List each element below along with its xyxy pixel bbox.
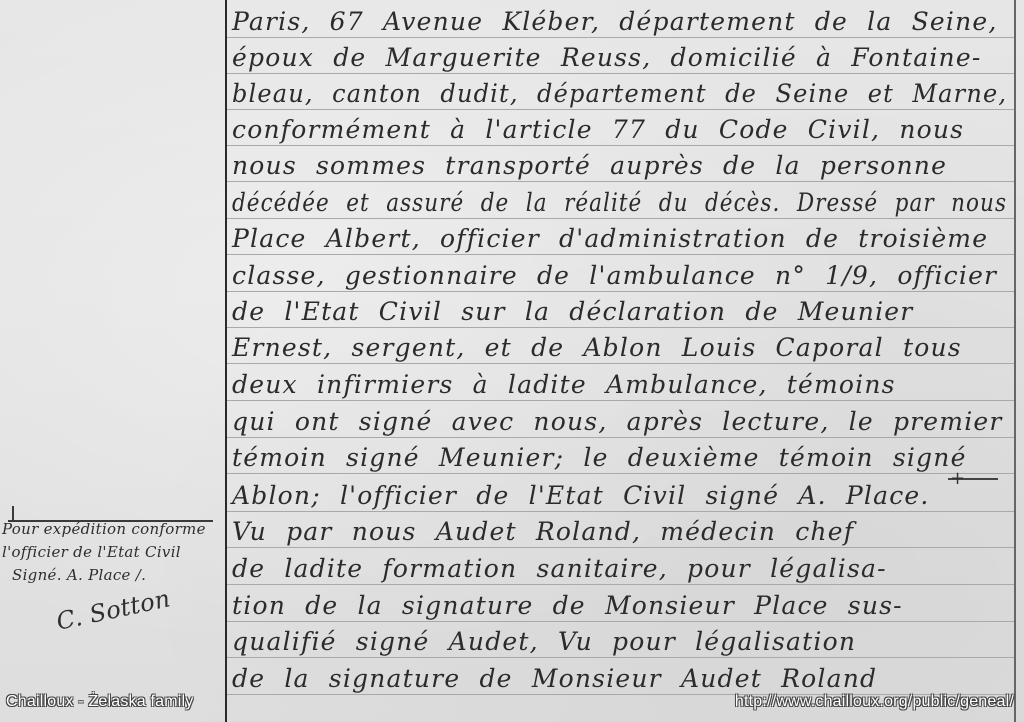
- record-line: nous sommes transporté auprès de la pers…: [232, 148, 947, 184]
- record-line: qualifié signé Audet, Vu pour légalisati…: [232, 624, 856, 660]
- record-line: Ablon; l'officier de l'Etat Civil signé …: [232, 478, 930, 514]
- left-margin-line: [225, 0, 227, 722]
- record-line: tion de la signature de Monsieur Place s…: [232, 588, 903, 624]
- margin-annotation: Pour expédition conforme l'officier de l…: [2, 518, 224, 634]
- record-line: époux de Marguerite Reuss, domicilié à F…: [232, 40, 981, 76]
- record-line: Vu par nous Audet Roland, médecin chef: [232, 514, 854, 550]
- record-line: Place Albert, officier d'administration …: [232, 221, 988, 257]
- document-page: Paris, 67 Avenue Kléber, département de …: [0, 0, 1024, 722]
- record-line: de la signature de Monsieur Audet Roland: [232, 661, 877, 697]
- url-watermark: http://www.chailloux.org/public/geneal/: [735, 693, 1014, 711]
- record-line: décédée et assuré de la réalité du décès…: [232, 185, 1007, 221]
- margin-note-line: Pour expédition conforme: [2, 518, 224, 541]
- record-line: classe, gestionnaire de l'ambulance n° 1…: [232, 258, 997, 294]
- record-line: deux infirmiers à ladite Ambulance, témo…: [232, 367, 896, 403]
- record-line: témoin signé Meunier; le deuxième témoin…: [232, 440, 967, 476]
- record-line: de l'Etat Civil sur la déclaration de Me…: [232, 294, 913, 330]
- record-line: Ernest, sergent, et de Ablon Louis Capor…: [232, 330, 962, 366]
- family-watermark: Chailloux - Żelaska family: [6, 693, 193, 711]
- record-line: bleau, canton dudit, département de Sein…: [232, 76, 1007, 112]
- record-line: qui ont signé avec nous, après lecture, …: [232, 404, 1003, 440]
- record-line: de ladite formation sanitaire, pour léga…: [232, 551, 887, 587]
- margin-note-line: l'officier de l'Etat Civil: [2, 541, 224, 564]
- record-line: Paris, 67 Avenue Kléber, département de …: [232, 4, 998, 40]
- record-line: conformément à l'article 77 du Code Civi…: [232, 112, 964, 148]
- cross-mark: +: [950, 468, 965, 489]
- right-margin-line: [1014, 0, 1016, 722]
